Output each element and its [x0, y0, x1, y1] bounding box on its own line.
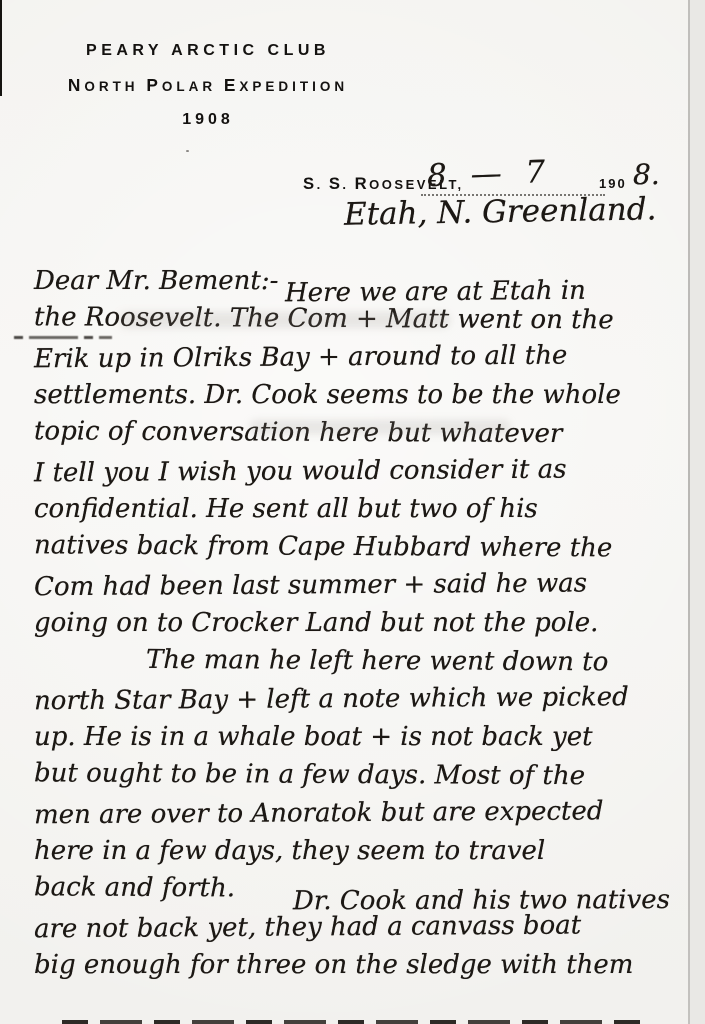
letter-line: but ought to be in a few days. Most of t… [34, 754, 688, 795]
handwritten-date: 8 — 7 [426, 154, 552, 194]
letter-line: Dear Mr. Bement:-Here we are at Etah in [34, 262, 688, 300]
letter-line: up. He is in a whale boat + is not back … [34, 718, 688, 756]
dust-speck [186, 150, 189, 152]
scan-right-margin [690, 0, 705, 1024]
handwritten-location: Etah, N. Greenland. [344, 191, 657, 232]
letter-line-segment: back and forth. [34, 868, 235, 907]
letter-line-segment: Erik up in Olriks Bay + around to all th… [34, 337, 568, 379]
letter-line-segment: natives back from Cape Hubbard where the [34, 526, 613, 567]
scan-left-edge [0, 0, 2, 96]
letter-line-segment: I tell you I wish you would consider it … [34, 451, 567, 493]
letter-line-segment: Com had been last summer + said he was [34, 564, 587, 606]
letter-line-segment: men are over to Anoratok but are expecte… [34, 792, 604, 834]
letter-line: I tell you I wish you would consider it … [34, 450, 688, 493]
ink-bleed-ghost [120, 312, 450, 328]
letter-line-segment: going on to Crocker Land but not the pol… [34, 604, 598, 642]
letterhead: PEARY ARCTIC CLUB NORTH POLAR EXPEDITION… [30, 42, 386, 129]
letter-line: going on to Crocker Land but not the pol… [34, 604, 688, 642]
letterhead-club-name: PEARY ARCTIC CLUB [30, 42, 386, 60]
letterhead-expedition-name: NORTH POLAR EXPEDITION [30, 75, 386, 96]
letter-line: natives back from Cape Hubbard where the [34, 526, 688, 567]
letter-line: are not back yet, they had a canvass boa… [34, 906, 688, 949]
letter-line: back and forth.Dr. Cook and his two nati… [34, 868, 688, 909]
letter-line-segment: settlements. Dr. Cook seems to be the wh… [34, 376, 621, 414]
letter-line-segment: confidential. He sent all but two of his [34, 490, 538, 528]
letter-line: men are over to Anoratok but are expecte… [34, 792, 688, 835]
letter-line: Erik up in Olriks Bay + around to all th… [34, 336, 688, 379]
handwritten-year-digit: 8. [633, 158, 660, 191]
letter-line-segment: here in a few days, they seem to travel [34, 832, 545, 870]
scratch-mark [14, 336, 112, 339]
printed-year-prefix: 190 [599, 176, 627, 191]
letter-line-segment: big enough for three on the sledge with … [34, 946, 633, 984]
scanned-letter-page: PEARY ARCTIC CLUB NORTH POLAR EXPEDITION… [0, 0, 705, 1024]
letter-line: The man he left here went down to [34, 640, 688, 681]
letter-line: here in a few days, they seem to travel [34, 832, 688, 870]
letter-line-segment: but ought to be in a few days. Most of t… [34, 754, 585, 795]
letter-line: Com had been last summer + said he was [34, 564, 688, 607]
letter-line: confidential. He sent all but two of his [34, 490, 688, 528]
letterhead-year: 1908 [30, 111, 386, 129]
paper-right-edge-line [688, 0, 690, 1024]
letter-line-segment: up. He is in a whale boat + is not back … [34, 718, 593, 756]
cutoff-text-bottom-edge [62, 1020, 647, 1024]
letter-line-segment: are not back yet, they had a canvass boa… [34, 906, 581, 948]
letter-line: settlements. Dr. Cook seems to be the wh… [34, 376, 688, 414]
letter-line: big enough for three on the sledge with … [34, 946, 688, 984]
letter-body: Dear Mr. Bement:-Here we are at Etah int… [34, 262, 688, 984]
letter-line-segment: Dear Mr. Bement:- [34, 262, 278, 300]
letter-line-segment: north Star Bay + left a note which we pi… [34, 678, 629, 720]
letter-line-segment: The man he left here went down to [146, 641, 609, 681]
letter-line: north Star Bay + left a note which we pi… [34, 678, 688, 721]
ink-bleed-ghost [250, 420, 510, 434]
